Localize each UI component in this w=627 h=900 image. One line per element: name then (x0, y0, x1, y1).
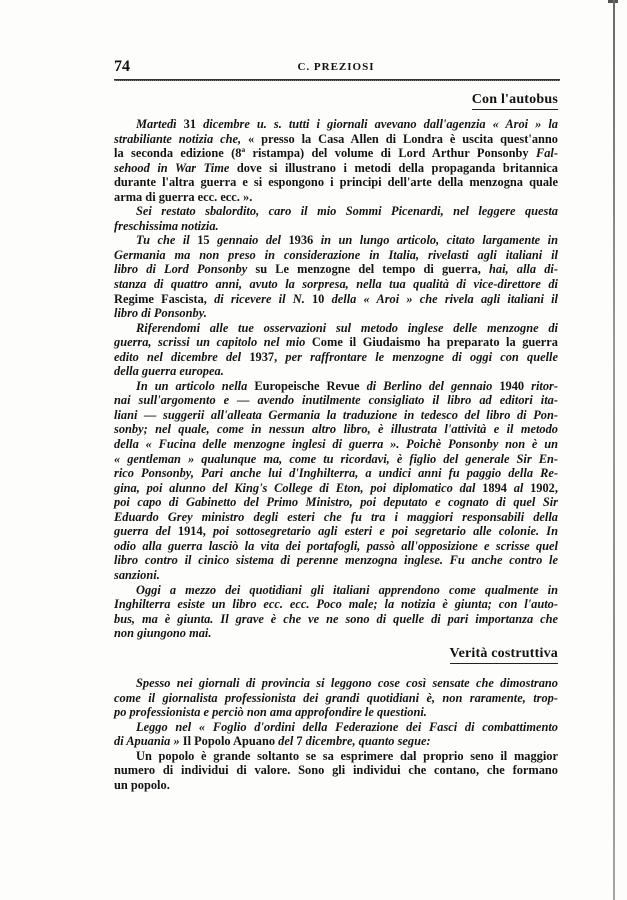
italic-run: della « Aroi » che rivela agli italiani … (332, 292, 558, 306)
roman-run: 1936 (288, 233, 320, 247)
roman-run: Come il Giudaismo ha preparato la guerra (312, 335, 558, 349)
text-line: In un articolo nella Europeische Revue d… (114, 379, 558, 394)
text-line: guerra, scrissi un capitolo nel mio Come… (114, 335, 558, 350)
roman-run: 1902, (530, 481, 558, 495)
text-line: non giungono mai. (114, 626, 558, 641)
running-head: 74 C. PREZIOSI (114, 58, 558, 78)
italic-run: Tu che il (136, 233, 197, 247)
italic-run: dicembre u. s. tutti i giornali avevano … (203, 117, 558, 131)
roman-run: dove si illustrano i metodi della propag… (237, 161, 558, 175)
italic-run: in un lungo articolo, citato largamente … (321, 233, 558, 247)
text-line: liani — suggerii all'alleata Germania la… (114, 408, 558, 423)
text-line: gina, poi alunno del King's College di E… (114, 481, 558, 496)
italic-run: bus, ma è giunta. Il grave è che ve ne s… (114, 612, 558, 626)
text-line: libro di Ponsonby. (114, 306, 558, 321)
italic-run: di Apuania » (114, 734, 183, 748)
italic-run: sanzioni. (114, 568, 160, 582)
italic-run: Martedì (136, 117, 184, 131)
italic-run: Leggo nel « Foglio d'ordini della Federa… (136, 720, 558, 734)
italic-run: come il giornalista professionista dei g… (114, 691, 558, 705)
text-line: della guerra europea. (114, 364, 558, 379)
italic-run: In un articolo nella (136, 379, 254, 393)
roman-run: numero di individui di valore. Sono gli … (114, 763, 558, 777)
text-line: bus, ma è giunta. Il grave è che ve ne s… (114, 612, 558, 627)
text-line: sehood in War Time dove si illustrano i … (114, 161, 558, 176)
italic-run: Inghilterra esiste un libro ecc. ecc. Po… (114, 597, 558, 611)
text-line: di Apuania » Il Popolo Apuano del 7 dice… (114, 734, 558, 749)
header-rule (114, 79, 560, 81)
roman-run: Europeische Revue (254, 379, 366, 393)
text-line: nai sull'argomento e — avendo inutilment… (114, 393, 558, 408)
roman-run: su Le menzogne del tempo di guerra, (255, 262, 489, 276)
italic-run: di ricevere il N. (214, 292, 312, 306)
italic-run: edito nel dicembre del (114, 350, 249, 364)
roman-run: 1894 (482, 481, 514, 495)
text-line: stanza di quattro anni, avuto la sorpres… (114, 277, 558, 292)
text-line: sonby; nel quale, come in nessun altro l… (114, 422, 558, 437)
italic-run: libro di Ponsonby. (114, 306, 207, 320)
roman-run: la seconda edizione (8ª ristampa) del vo… (114, 146, 536, 160)
text-line: un popolo. (114, 778, 558, 793)
text-line: Sei restato sbalordito, caro il mio Somm… (114, 204, 558, 219)
italic-run: ritor- (531, 379, 558, 393)
roman-run: 1937, (249, 350, 285, 364)
italic-run: strabiliante notizia che, (114, 132, 248, 146)
text-line: Riferendomi alle tue osservazioni sul me… (114, 321, 558, 336)
text-line: Martedì 31 dicembre u. s. tutti i giorna… (114, 117, 558, 132)
section-body-con-lautobus: Martedì 31 dicembre u. s. tutti i giorna… (114, 117, 558, 641)
italic-run: nai sull'argomento e — avendo inutilment… (114, 393, 558, 407)
running-title: C. PREZIOSI (114, 61, 558, 73)
italic-run: gina, poi alunno del King's College di E… (114, 481, 482, 495)
italic-run: per raffrontare le menzogne di oggi con … (285, 350, 558, 364)
text-line: come il giornalista professionista dei g… (114, 691, 558, 706)
text-line: Germania ma non preso in considerazione … (114, 248, 558, 263)
roman-run: 1940 (499, 379, 531, 393)
text-line: rico Ponsonby, Pari anche lui d'Inghilte… (114, 466, 558, 481)
text-line: Spesso nei giornali di provincia si legg… (114, 676, 558, 691)
roman-run: Il Popolo Apuano (183, 734, 278, 748)
text-line: guerra del 1914, poi sottosegretario agl… (114, 524, 558, 539)
italic-run: poi sottosegretario agli esteri e poi se… (213, 524, 558, 538)
italic-run: Riferendomi alle tue osservazioni sul me… (136, 321, 558, 335)
text-line: libro di Lord Ponsonby su Le menzogne de… (114, 262, 558, 277)
italic-run: libro contro il cinico sistema di perenn… (114, 553, 558, 567)
italic-run: « gentleman » qualunque ma, come tu rico… (114, 452, 558, 466)
italic-run: liani — suggerii all'alleata Germania la… (114, 408, 558, 422)
roman-run: « presso la Casa Allen di Londra è uscit… (248, 132, 558, 146)
italic-run: Germania ma non preso in considerazione … (114, 248, 558, 262)
italic-run: guerra, scrissi un capitolo nel mio (114, 335, 312, 349)
italic-run: Spesso nei giornali di provincia si legg… (136, 676, 558, 690)
text-line: arma di guerra ecc. ecc. ». (114, 190, 558, 205)
text-line: Inghilterra esiste un libro ecc. ecc. Po… (114, 597, 558, 612)
text-line: Un popolo è grande soltanto se sa esprim… (114, 749, 558, 764)
text-line: po professionista e perciò non ama appro… (114, 705, 558, 720)
text-line: edito nel dicembre del 1937, per raffron… (114, 350, 558, 365)
text-line: Oggi a mezzo dei quotidiani gli italiani… (114, 583, 558, 598)
text-line: Regime Fascista, di ricevere il N. 10 de… (114, 292, 558, 307)
roman-run: 31 (184, 117, 203, 131)
italic-run: gennaio del (217, 233, 288, 247)
italic-run: rico Ponsonby, Pari anche lui d'Inghilte… (114, 466, 558, 480)
section-heading-con-lautobus: Con l'autobus (472, 92, 558, 110)
italic-run: libro di Lord Ponsonby (114, 262, 255, 276)
italic-run: del (278, 734, 296, 748)
italic-run: po professionista e perciò non ama appro… (114, 705, 427, 719)
text-line: Leggo nel « Foglio d'ordini della Federa… (114, 720, 558, 735)
italic-run: della « Fucina delle menzogne inglesi di… (114, 437, 558, 451)
text-line: Tu che il 15 gennaio del 1936 in un lung… (114, 233, 558, 248)
page-binding-edge (613, 0, 615, 900)
roman-run: 1914, (178, 524, 213, 538)
italic-run: sonby; nel quale, come in nessun altro l… (114, 422, 558, 436)
roman-run: Un popolo è grande soltanto se sa esprim… (136, 749, 558, 763)
text-line: « gentleman » qualunque ma, come tu rico… (114, 452, 558, 467)
italic-run: Eduardo Grey ministro degli esteri che f… (114, 510, 558, 524)
italic-run: non giungono mai. (114, 626, 211, 640)
italic-run: Oggi a mezzo dei quotidiani gli italiani… (136, 583, 558, 597)
text-line: poi capo di Gabinetto del Primo Ministro… (114, 495, 558, 510)
italic-run: hai, alla di- (489, 262, 558, 276)
roman-run: Regime Fascista, (114, 292, 214, 306)
italic-run: di Berlino del gennaio (367, 379, 500, 393)
italic-run: dicembre, quanto segue: (306, 734, 431, 748)
italic-run: freschissima notizia. (114, 219, 219, 233)
roman-run: 7 (296, 734, 305, 748)
text-line: libro contro il cinico sistema di perenn… (114, 553, 558, 568)
roman-run: 15 (197, 233, 217, 247)
roman-run: un popolo. (114, 778, 170, 792)
italic-run: guerra del (114, 524, 178, 538)
roman-run: arma di guerra ecc. ecc. ». (114, 190, 252, 204)
italic-run: sehood in War Time (114, 161, 237, 175)
text-line: della « Fucina delle menzogne inglesi di… (114, 437, 558, 452)
text-line: durante l'altra guerra e si espongono i … (114, 175, 558, 190)
text-line: odio alla guerra lasciò la vita dei port… (114, 539, 558, 554)
book-page: 74 C. PREZIOSI Con l'autobus Martedì 31 … (0, 0, 627, 900)
italic-run: della guerra europea. (114, 364, 224, 378)
italic-run: stanza di quattro anni, avuto la sorpres… (114, 277, 558, 291)
text-line: sanzioni. (114, 568, 558, 583)
italic-run: al (514, 481, 530, 495)
section-heading-verita-costruttiva: Verità costruttiva (450, 646, 558, 664)
italic-run: Fal- (536, 146, 558, 160)
italic-run: Sei restato sbalordito, caro il mio Somm… (136, 204, 558, 218)
roman-run: durante l'altra guerra e si espongono i … (114, 175, 558, 189)
text-line: la seconda edizione (8ª ristampa) del vo… (114, 146, 558, 161)
italic-run: poi capo di Gabinetto del Primo Ministro… (114, 495, 558, 509)
text-line: strabiliante notizia che, « presso la Ca… (114, 132, 558, 147)
section-body-verita-costruttiva: Spesso nei giornali di provincia si legg… (114, 676, 558, 792)
italic-run: odio alla guerra lasciò la vita dei port… (114, 539, 558, 553)
text-line: freschissima notizia. (114, 219, 558, 234)
text-line: numero di individui di valore. Sono gli … (114, 763, 558, 778)
text-line: Eduardo Grey ministro degli esteri che f… (114, 510, 558, 525)
roman-run: 10 (312, 292, 332, 306)
